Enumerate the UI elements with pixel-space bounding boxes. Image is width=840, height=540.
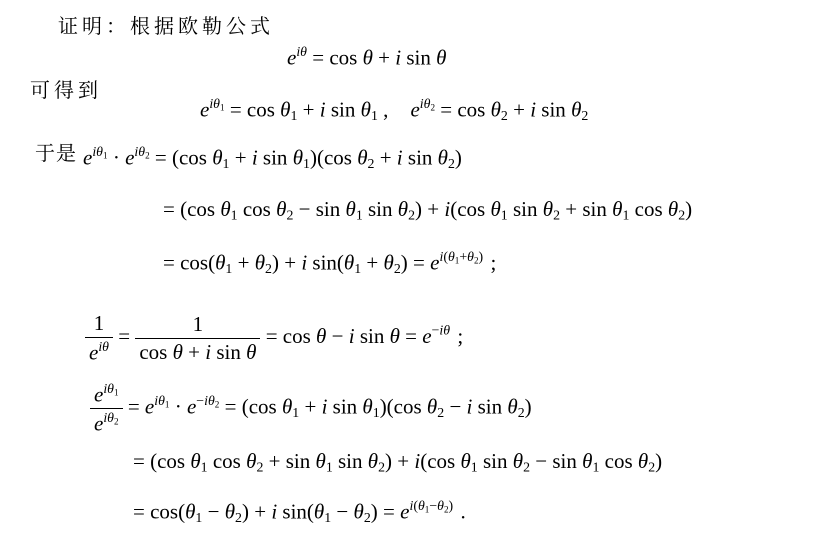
roman-text: cos: [208, 449, 247, 473]
subscript: 2: [523, 459, 530, 474]
roman-text: )(cos: [380, 395, 427, 419]
italic-variable: θ: [668, 197, 678, 221]
roman-text: −: [444, 395, 466, 419]
roman-text: sin(: [277, 499, 314, 523]
product-expansion-line2: = (cos θ1 cos θ2 − sin θ1 sin θ2) + i(co…: [163, 197, 692, 223]
italic-variable: θ: [315, 449, 325, 473]
subscript: 2: [518, 405, 525, 420]
roman-text: ): [455, 145, 462, 169]
italic-variable: θ: [543, 197, 553, 221]
italic-variable: iθ: [204, 393, 215, 408]
roman-text: ) +: [415, 197, 444, 221]
quotient-expansion-line1: eiθ1eiθ2 = eiθ1 · e−iθ2 = (cos θ1 + i si…: [90, 381, 532, 437]
roman-text: −: [429, 498, 437, 513]
roman-text: ;: [457, 324, 463, 348]
roman-text: −: [326, 324, 348, 348]
superscript: iθ2: [134, 144, 149, 159]
roman-text: .: [460, 499, 465, 523]
italic-variable: θ: [390, 324, 400, 348]
italic-variable: θ: [314, 499, 324, 523]
roman-text: ·: [169, 395, 187, 419]
italic-variable: iθ: [209, 96, 220, 111]
italic-variable: iθ: [98, 339, 109, 354]
subscript: 1: [356, 207, 363, 222]
fraction-denominator: eiθ: [85, 338, 113, 365]
subscript: 1: [326, 459, 333, 474]
roman-text: +: [229, 145, 251, 169]
roman-text: +: [299, 395, 321, 419]
subscript: 1: [471, 459, 478, 474]
superscript: iθ: [98, 339, 109, 354]
roman-text: (cos: [450, 197, 490, 221]
italic-variable: θ: [418, 498, 425, 513]
subscript: 1: [201, 459, 208, 474]
italic-variable: e: [187, 395, 196, 419]
italic-variable: θ: [276, 197, 286, 221]
roman-text: +: [374, 145, 396, 169]
roman-text: −: [196, 393, 204, 408]
italic-variable: e: [94, 382, 103, 406]
superscript: iθ1: [92, 144, 107, 159]
roman-text: ) +: [272, 250, 301, 274]
subscript: 1: [501, 207, 508, 222]
italic-variable: e: [410, 97, 419, 121]
subscript: 1: [373, 405, 380, 420]
roman-text: sin: [333, 449, 368, 473]
roman-text: +: [361, 250, 383, 274]
italic-variable: θ: [354, 499, 364, 523]
italic-variable: e: [422, 324, 431, 348]
roman-text: cos: [599, 449, 638, 473]
roman-text: cos: [629, 197, 668, 221]
fraction-numerator: eiθ1: [90, 381, 123, 409]
roman-text: +: [508, 97, 530, 121]
roman-text: (cos: [420, 449, 460, 473]
italic-variable: θ: [225, 499, 235, 523]
italic-variable: θ: [316, 324, 326, 348]
quotient-expansion-line2: = (cos θ1 cos θ2 + sin θ1 sin θ2) + i(co…: [133, 449, 662, 475]
roman-text: +: [297, 97, 319, 121]
roman-text: +: [183, 340, 205, 364]
superscript: iθ1: [209, 96, 224, 111]
italic-variable: θ: [436, 45, 446, 69]
label-thus: 于是: [35, 137, 77, 166]
roman-text: 1: [94, 311, 105, 335]
roman-text: + sin: [560, 197, 612, 221]
italic-variable: θ: [185, 499, 195, 523]
italic-variable: iθ: [154, 393, 165, 408]
product-expansion-line1: eiθ1 · eiθ2 = (cos θ1 + i sin θ1)(cos θ2…: [83, 144, 462, 172]
italic-variable: θ: [571, 97, 581, 121]
roman-text: sin: [211, 340, 246, 364]
subscript: 2: [265, 261, 272, 276]
italic-variable: θ: [448, 249, 455, 264]
superscript: −iθ: [432, 323, 451, 338]
italic-variable: e: [83, 145, 92, 169]
subscript: 2: [408, 207, 415, 222]
roman-text: sin(: [307, 250, 344, 274]
subscript: 2: [394, 261, 401, 276]
roman-text: cos: [139, 340, 172, 364]
reciprocal-identity: 1eiθ = 1cos θ + i sin θ = cos θ − i sin …: [85, 311, 463, 365]
roman-text: = cos(: [133, 499, 185, 523]
italic-variable: θ: [190, 449, 200, 473]
roman-text: ): [525, 395, 532, 419]
superscript: iθ2: [420, 96, 435, 111]
subscript: 1: [231, 207, 238, 222]
roman-text: sin: [508, 197, 543, 221]
superscript: i(θ1−θ2): [409, 498, 453, 513]
italic-variable: θ: [215, 250, 225, 274]
roman-text: sin: [472, 395, 507, 419]
roman-text: =: [123, 395, 145, 419]
italic-variable: θ: [612, 197, 622, 221]
italic-variable: θ: [246, 340, 256, 364]
roman-text: ·: [108, 145, 126, 169]
italic-variable: e: [287, 45, 296, 69]
roman-text: = (cos: [150, 145, 213, 169]
italic-variable: θ: [437, 498, 444, 513]
italic-variable: θ: [368, 449, 378, 473]
roman-text: ) =: [401, 250, 430, 274]
fraction-numerator: 1: [85, 311, 113, 338]
italic-variable: θ: [345, 197, 355, 221]
math-proof-document: 证明：根据欧勒公式eiθ = cos θ + i sin θ可得到eiθ1 = …: [0, 0, 840, 540]
roman-text: = cos: [435, 97, 491, 121]
roman-text: ) +: [385, 449, 414, 473]
italic-variable: θ: [220, 197, 230, 221]
roman-text: = (cos: [163, 197, 220, 221]
roman-text: ): [655, 449, 662, 473]
subscript: 1: [371, 108, 378, 123]
roman-text: sin: [536, 97, 571, 121]
fraction-denominator: cos θ + i sin θ: [135, 339, 260, 365]
roman-text: +: [232, 250, 254, 274]
superscript: iθ1: [103, 381, 118, 396]
roman-text: = cos: [225, 97, 281, 121]
italic-variable: θ: [361, 97, 371, 121]
italic-variable: iθ: [92, 144, 103, 159]
euler-formula: eiθ = cos θ + i sin θ: [287, 44, 446, 70]
italic-variable: θ: [363, 45, 373, 69]
fraction-numerator: 1: [135, 312, 260, 339]
roman-text: ;: [490, 250, 496, 274]
italic-variable: θ: [490, 197, 500, 221]
italic-variable: iθ: [439, 323, 450, 338]
italic-variable: θ: [246, 449, 256, 473]
roman-text: ): [685, 197, 692, 221]
italic-variable: θ: [357, 145, 367, 169]
italic-variable: θ: [491, 97, 501, 121]
superscript: i(θ1+θ2): [439, 249, 483, 264]
subscript: 2: [114, 417, 119, 427]
subscript: 1: [114, 387, 119, 397]
superscript: iθ2: [103, 410, 118, 425]
italic-variable: θ: [638, 449, 648, 473]
italic-variable: θ: [173, 340, 183, 364]
italic-variable: θ: [427, 395, 437, 419]
subscript: 1: [303, 156, 310, 171]
italic-variable: θ: [513, 449, 523, 473]
superscript: −iθ2: [196, 393, 219, 408]
italic-variable: e: [200, 97, 209, 121]
superscript: iθ: [296, 44, 307, 59]
subscript: 2: [378, 459, 385, 474]
roman-text: =: [400, 324, 422, 348]
roman-text: sin: [478, 449, 513, 473]
roman-text: sin: [403, 145, 438, 169]
superscript: iθ1: [154, 393, 169, 408]
roman-text: +: [459, 249, 467, 264]
roman-text: = (cos: [219, 395, 282, 419]
italic-variable: e: [94, 412, 103, 436]
italic-variable: θ: [255, 250, 265, 274]
italic-variable: θ: [212, 145, 222, 169]
italic-variable: θ: [460, 449, 470, 473]
product-result: = cos(θ1 + θ2) + i sin(θ1 + θ2) = ei(θ1+…: [163, 249, 496, 277]
fraction: 1eiθ: [85, 311, 113, 365]
roman-text: sin: [327, 395, 362, 419]
fraction: 1cos θ + i sin θ: [135, 312, 260, 365]
roman-text: − sin: [293, 197, 345, 221]
roman-text: 1: [193, 312, 204, 336]
italic-variable: iθ: [420, 96, 431, 111]
roman-text: sin: [326, 97, 361, 121]
italic-variable: θ: [282, 395, 292, 419]
subscript: 2: [581, 108, 588, 123]
fraction: eiθ1eiθ2: [90, 381, 123, 437]
roman-text: + sin: [263, 449, 315, 473]
quotient-result: = cos(θ1 − θ2) + i sin(θ1 − θ2) = ei(θ1−…: [133, 498, 466, 526]
italic-variable: iθ: [134, 144, 145, 159]
italic-variable: θ: [293, 145, 303, 169]
roman-text: cos: [238, 197, 277, 221]
roman-text: = cos(: [163, 250, 215, 274]
subscript: 2: [235, 510, 242, 525]
roman-text: = (cos: [133, 449, 190, 473]
subscript: 2: [553, 207, 560, 222]
label-can-obtain: 可得到: [30, 74, 102, 103]
italic-variable: e: [125, 145, 134, 169]
formula-theta1-theta2: eiθ1 = cos θ1 + i sin θ1 , eiθ2 = cos θ2…: [200, 96, 588, 124]
italic-variable: θ: [582, 449, 592, 473]
roman-text: sin: [355, 324, 390, 348]
roman-text: +: [373, 45, 395, 69]
roman-text: ) +: [242, 499, 271, 523]
italic-variable: iθ: [296, 44, 307, 59]
italic-variable: θ: [384, 250, 394, 274]
roman-text: −: [331, 499, 353, 523]
italic-variable: θ: [507, 395, 517, 419]
fraction-denominator: eiθ2: [90, 409, 123, 436]
italic-variable: e: [145, 395, 154, 419]
roman-text: ,: [378, 97, 394, 121]
subscript: 2: [364, 510, 371, 525]
italic-variable: iθ: [103, 410, 114, 425]
roman-text: sin: [258, 145, 293, 169]
subscript: 2: [448, 156, 455, 171]
roman-text: ): [479, 249, 484, 264]
italic-variable: θ: [467, 249, 474, 264]
italic-variable: θ: [344, 250, 354, 274]
roman-text: ): [449, 498, 454, 513]
roman-text: )(cos: [310, 145, 357, 169]
roman-text: sin: [363, 197, 398, 221]
roman-text: sin: [401, 45, 436, 69]
roman-text: = cos: [260, 324, 316, 348]
proof-header: 证明：根据欧勒公式: [58, 10, 274, 39]
italic-variable: θ: [362, 395, 372, 419]
subscript: 2: [501, 108, 508, 123]
italic-variable: θ: [398, 197, 408, 221]
roman-text: − sin: [530, 449, 582, 473]
roman-text: −: [202, 499, 224, 523]
italic-variable: θ: [438, 145, 448, 169]
italic-variable: θ: [280, 97, 290, 121]
roman-text: =: [113, 324, 135, 348]
roman-text: ) =: [371, 499, 400, 523]
italic-variable: iθ: [103, 381, 114, 396]
italic-variable: e: [89, 340, 98, 364]
roman-text: = cos: [307, 45, 363, 69]
